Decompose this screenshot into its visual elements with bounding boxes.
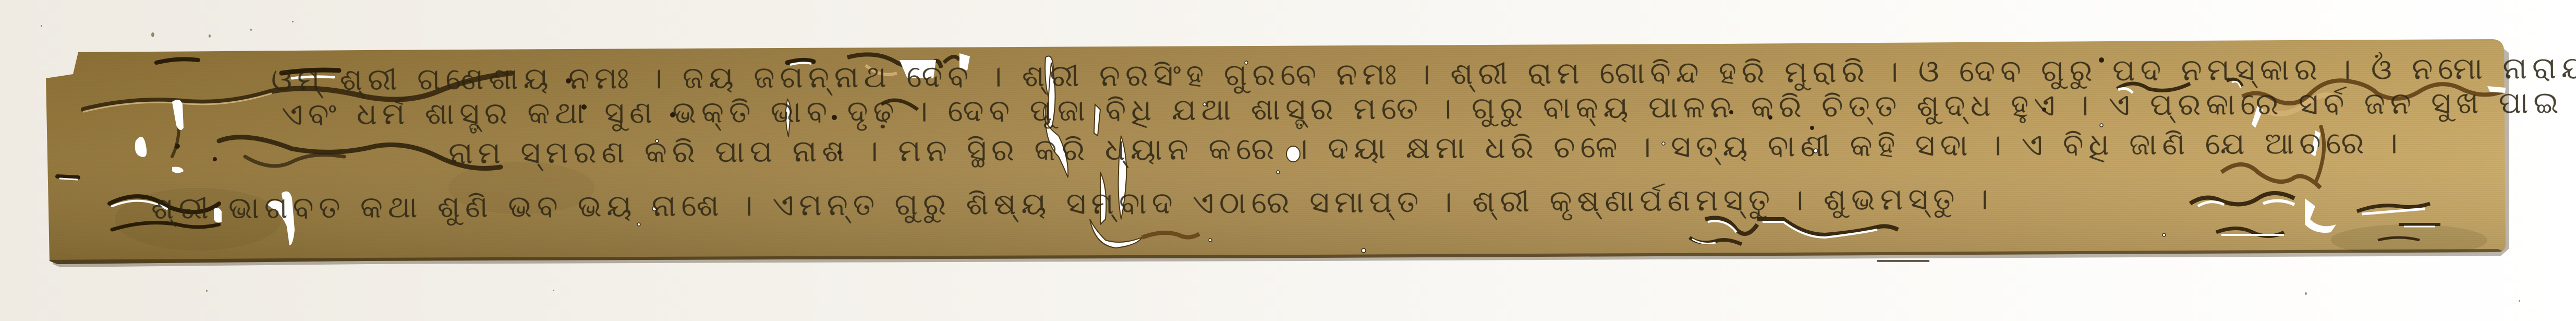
manuscript-folio: ଓମ୍ ଶ୍ରୀ ଗଣେଶାୟ ନମଃ । ଜୟ ଜଗନ୍ନାଥ ଦେବ । ଶ… [0,0,2576,321]
manuscript-line-4: ଶ୍ରୀ ଭାଗବତ କଥା ଶୁଣି ଭବ ଭୟ ନାଶେ । ଏମନ୍ତ ଗ… [151,184,1994,223]
